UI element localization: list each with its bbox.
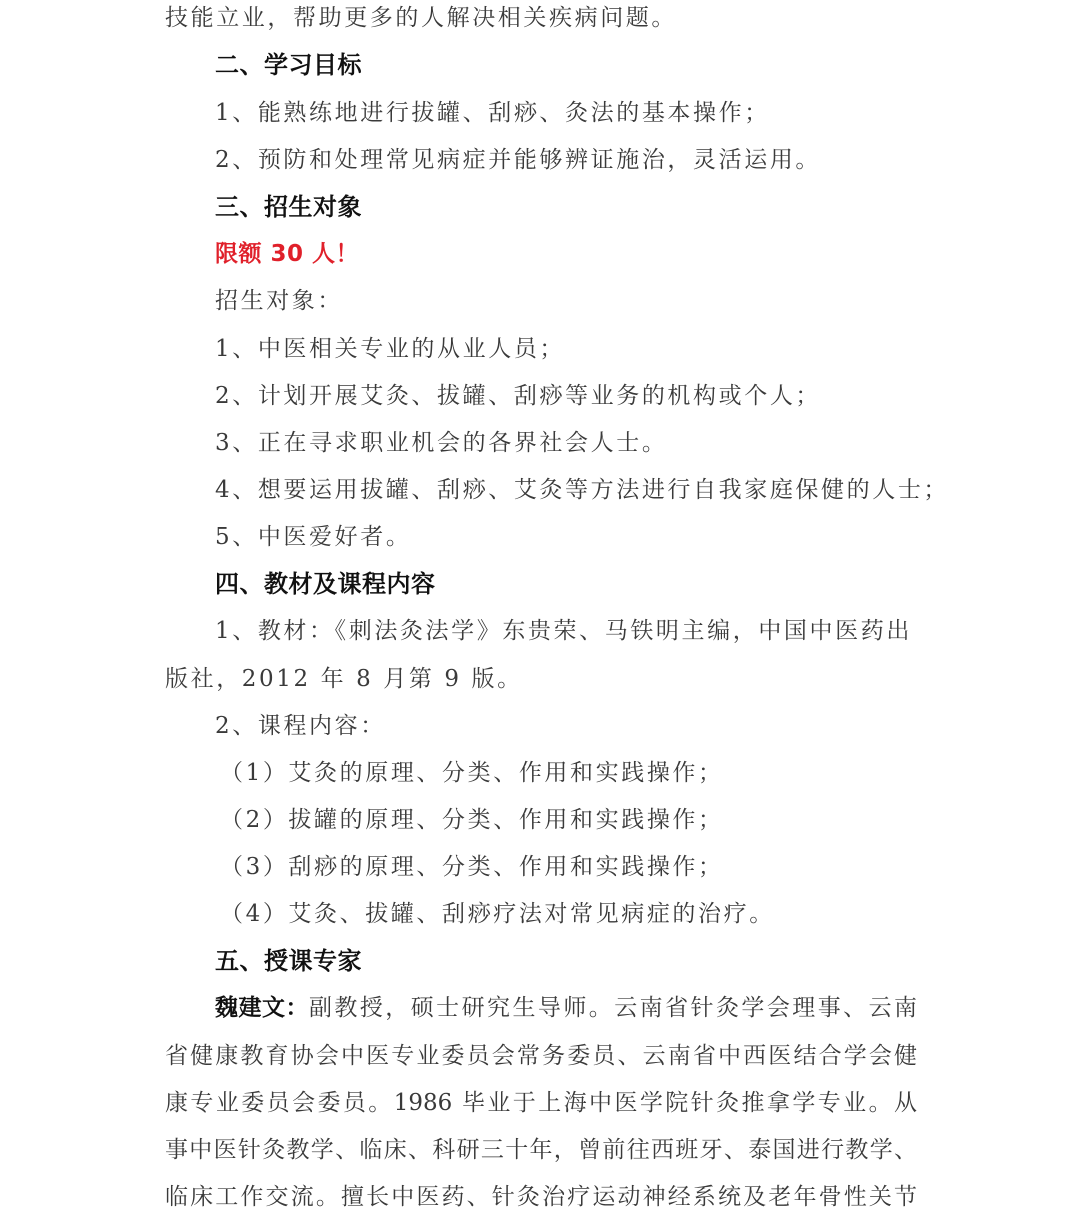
expert-bio-line: 副教授，硕士研究生导师。云南省针灸学会理事、云南: [309, 993, 917, 1023]
expert-bio-first-line: 魏建文： 副教授，硕士研究生导师。云南省针灸学会理事、云南: [215, 993, 917, 1023]
enrollment-label: 招生对象：: [215, 286, 343, 316]
textbook-line-2: 版社，2012 年 8 月第 9 版。: [165, 664, 523, 694]
course-item: （1）艾灸的原理、分类、作用和实践操作；: [220, 758, 724, 788]
enrollment-item: 2、计划开展艾灸、拔罐、刮痧等业务的机构或个人；: [215, 381, 821, 411]
expert-bio-line: 临床工作交流。擅长中医药、针灸治疗运动神经系统及老年骨性关节: [165, 1182, 917, 1211]
section-heading-goals: 二、学习目标: [215, 50, 362, 80]
expert-bio-line: 事中医针灸教学、临床、科研三十年，曾前往西班牙、泰国进行教学、: [165, 1135, 917, 1165]
course-label: 2、课程内容：: [215, 711, 386, 741]
quota-notice: 限额 30 人！: [215, 239, 359, 269]
intro-tail-text: 技能立业，帮助更多的人解决相关疾病问题。: [165, 3, 665, 33]
expert-bio-line: 省健康教育协会中医专业委员会常务委员、云南省中西医结合学会健: [165, 1041, 917, 1071]
section-heading-enrollment: 三、招生对象: [215, 192, 362, 222]
goal-item: 1、能熟练地进行拔罐、刮痧、灸法的基本操作；: [215, 98, 770, 128]
course-item: （4）艾灸、拔罐、刮痧疗法对常见病症的治疗。: [220, 899, 775, 929]
expert-bio-line: 康专业委员会委员。1986 毕业于上海中医学院针灸推拿学专业。从: [165, 1088, 917, 1118]
enrollment-item: 4、想要运用拔罐、刮痧、艾灸等方法进行自我家庭保健的人士；: [215, 475, 949, 505]
enrollment-item: 3、正在寻求职业机会的各界社会人士。: [215, 428, 667, 458]
enrollment-item: 1、中医相关专业的从业人员；: [215, 334, 565, 364]
section-heading-experts: 五、授课专家: [215, 946, 362, 976]
textbook-line-1: 1、教材：《刺法灸法学》东贵荣、马铁明主编，中国中医药出: [215, 616, 912, 646]
section-heading-materials: 四、教材及课程内容: [215, 569, 436, 599]
expert-name: 魏建文：: [215, 993, 309, 1023]
course-item: （2）拔罐的原理、分类、作用和实践操作；: [220, 805, 724, 835]
goal-item: 2、预防和处理常见病症并能够辨证施治，灵活运用。: [215, 145, 821, 175]
course-item: （3）刮痧的原理、分类、作用和实践操作；: [220, 852, 724, 882]
enrollment-item: 5、中医爱好者。: [215, 522, 411, 552]
